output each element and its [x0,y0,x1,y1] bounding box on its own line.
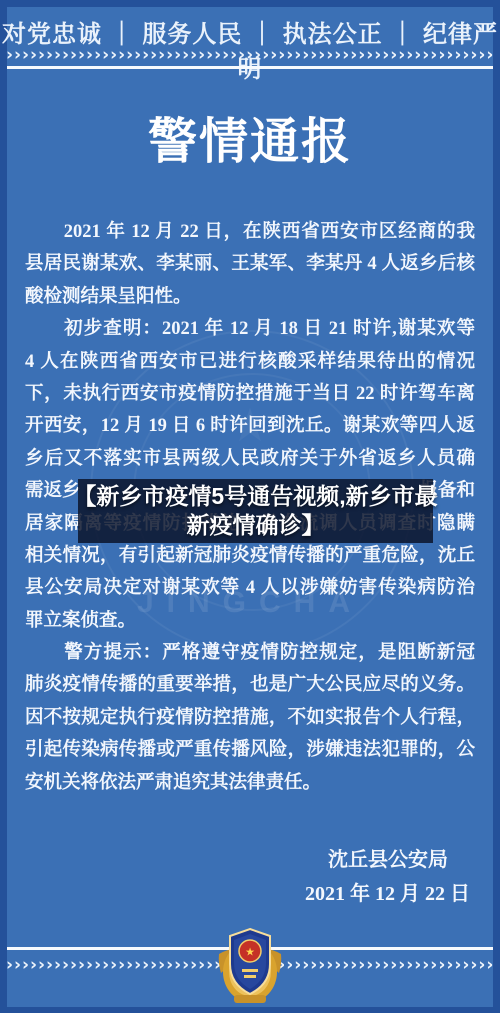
caption-overlay: 【新乡市疫情5号通告视频,新乡市最 新疫情确诊】 [78,479,433,543]
police-badge-icon: ★ [217,924,283,1006]
body-line: 相关情况，有引起新冠肺炎疫情传播的严重危险，沈丘 [25,540,475,572]
body-line: 乡后又不落实市县两级人民政府关于外省返乡人员确 [25,443,475,475]
body-line: 初步查明：2021 年 12 月 18 日 21 时许,谢某欢等 [25,313,475,345]
body-line: 开西安，12 月 19 日 6 时许回到沈丘。谢某欢等四人返 [25,410,475,442]
body-line: 下，未执行西安市疫情防控措施于当日 22 时许驾车离 [25,378,475,410]
caption-line-2: 新疫情确诊】 [187,511,325,540]
signature-block: 沈丘县公安局 2021 年 12 月 22 日 [305,844,470,911]
body-line: 罪立案侦查。 [25,605,475,637]
caption-line-1: 【新乡市疫情5号通告视频,新乡市最 [73,482,437,511]
body-line: 警方提示：严格遵守疫情防控规定，是阻断新冠 [25,637,475,669]
body-line: 4 人在陕西省西安市已进行核酸采样结果待出的情况 [25,346,475,378]
notice-title: 警情通报 [0,103,500,173]
signature-date: 2021 年 12 月 22 日 [305,878,470,912]
chevron-divider-top: ››››››››››››››››››››››››››››››››››››››››… [6,48,494,63]
body-line: 酸检测结果呈阳性。 [25,281,475,313]
body-line: 引起传染病传播或严重传播风险，涉嫌违法犯罪的，公 [25,734,475,766]
body-line: 2021 年 12 月 22 日，在陕西省西安市区经商的我 [25,216,475,248]
body-line: 县公安局决定对谢某欢等 4 人以涉嫌妨害传染病防治 [25,572,475,604]
body-line: 肺炎疫情传播的重要举措，也是广大公民应尽的义务。 [25,669,475,701]
police-notice-poster: 对党忠诚 ｜ 服务人民 ｜ 执法公正 ｜ 纪律严明 ››››››››››››››… [0,0,500,1013]
body-line: 因不按规定执行疫情防控措施，不如实报告个人行程， [25,702,475,734]
body-line: 安机关将依法严肃追究其法律责任。 [25,767,475,799]
signature-agency: 沈丘县公安局 [305,844,448,878]
body-line: 县居民谢某欢、李某丽、王某军、李某丹 4 人返乡后核 [25,248,475,280]
badge-star-icon: ★ [245,947,255,959]
body-line-fragment-left: 需返乡 [25,475,81,507]
divider-line-top [7,66,493,69]
